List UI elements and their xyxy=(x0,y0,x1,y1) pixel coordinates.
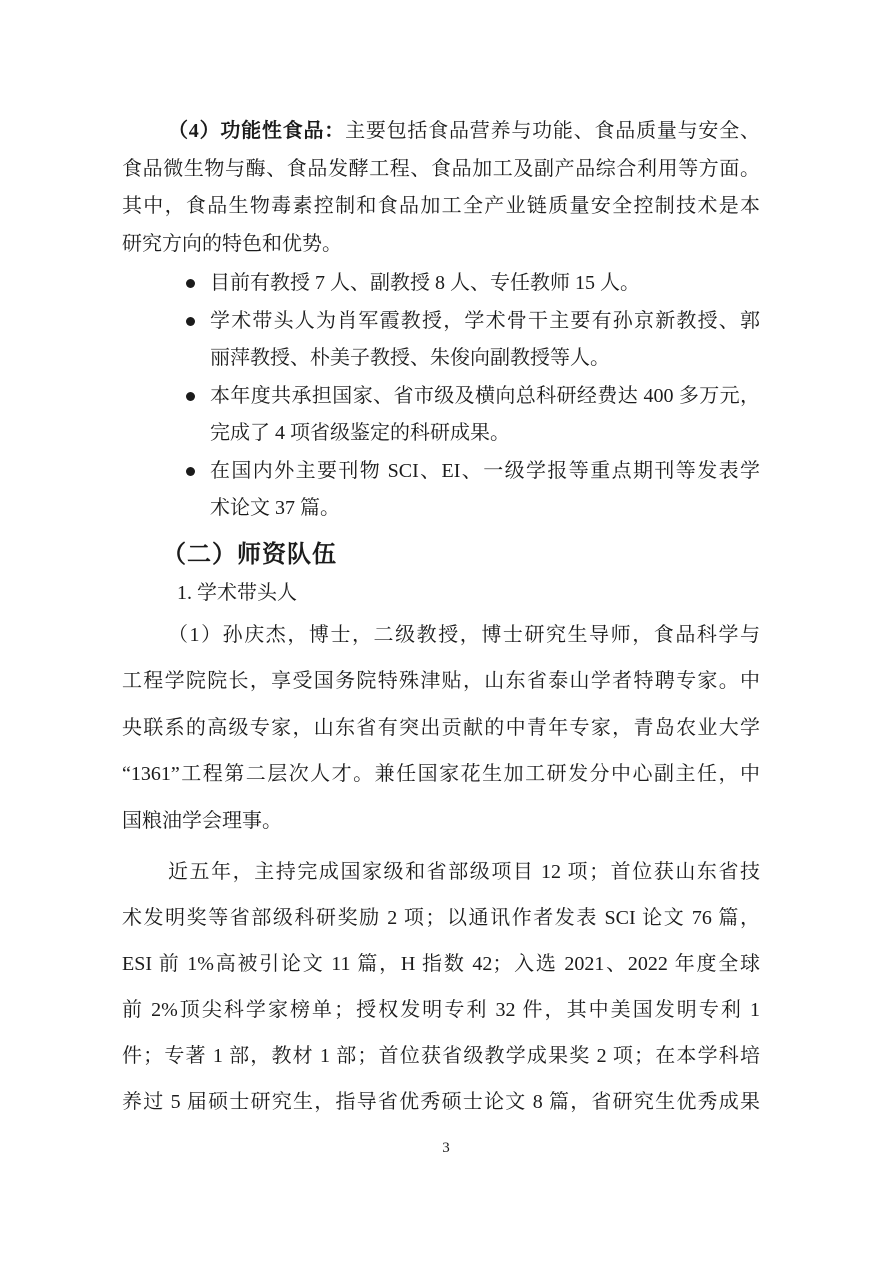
list-item: 学术带头人为肖军霞教授，学术骨干主要有孙京新教授、郭 丽萍教授、朴美子教授、朱俊… xyxy=(122,303,760,378)
list-item-line: 本年度共承担国家、省市级及横向总科研经费达 400 多万元， xyxy=(210,378,760,416)
list-item-line: 完成了 4 项省级鉴定的科研成果。 xyxy=(210,415,760,453)
list-item-line: 学术带头人为肖军霞教授，学术骨干主要有孙京新教授、郭 xyxy=(210,303,760,341)
paragraph-line: 近五年，主持完成国家级和省部级项目 12 项；首位获山东省技 xyxy=(122,849,760,895)
paragraph-line: （4）功能性食品：主要包括食品营养与功能、食品质量与安全、 xyxy=(122,113,760,151)
paragraph-line: 件；专著 1 部，教材 1 部；首位获省级教学成果奖 2 项；在本学科培 xyxy=(122,1033,760,1079)
subsection-title: 1. 学术带头人 xyxy=(177,575,760,612)
paragraph-line: 术发明奖等省部级科研奖励 2 项；以通讯作者发表 SCI 论文 76 篇， xyxy=(122,895,760,941)
list-item: 目前有教授 7 人、副教授 8 人、专任教师 15 人。 xyxy=(122,265,760,303)
paragraph-line: （1）孙庆杰，博士，二级教授，博士研究生导师，食品科学与 xyxy=(122,612,760,659)
list-item-line: 在国内外主要刊物 SCI、EI、一级学报等重点期刊等发表学 xyxy=(210,453,760,491)
paragraph-line: 研究方向的特色和优势。 xyxy=(122,226,760,264)
paragraph-line-text: 主要包括食品营养与功能、食品质量与安全、 xyxy=(345,120,760,142)
list-item-line: 目前有教授 7 人、副教授 8 人、专任教师 15 人。 xyxy=(210,265,760,303)
paragraph-line: 前 2%顶尖科学家榜单；授权发明专利 32 件，其中美国发明专利 1 xyxy=(122,987,760,1033)
bullet-icon xyxy=(186,392,195,401)
paragraph-line: 国粮油学会理事。 xyxy=(122,798,760,845)
paragraph-line: 工程学院院长，享受国务院特殊津贴，山东省泰山学者特聘专家。中 xyxy=(122,658,760,705)
paragraph-line: 央联系的高级专家，山东省有突出贡献的中青年专家，青岛农业大学 xyxy=(122,705,760,752)
bold-lead-text: （4）功能性食品： xyxy=(168,120,345,142)
document-page: （4）功能性食品：主要包括食品营养与功能、食品质量与安全、 食品微生物与酶、食品… xyxy=(0,0,892,1261)
paragraph-line: 食品微生物与酶、食品发酵工程、食品加工及副产品综合利用等方面。 xyxy=(122,151,760,189)
paragraph-line: ESI 前 1%高被引论文 11 篇，H 指数 42；入选 2021、2022 … xyxy=(122,941,760,987)
page-content: （4）功能性食品：主要包括食品营养与功能、食品质量与安全、 食品微生物与酶、食品… xyxy=(122,113,760,1125)
paragraph-line: 养过 5 届硕士研究生，指导省优秀硕士论文 8 篇，省研究生优秀成果 xyxy=(122,1079,760,1125)
bullet-icon xyxy=(186,467,195,476)
list-item: 本年度共承担国家、省市级及横向总科研经费达 400 多万元， 完成了 4 项省级… xyxy=(122,378,760,453)
bullet-icon xyxy=(186,279,195,288)
page-number: 3 xyxy=(0,1140,892,1157)
paragraph-functional-food: （4）功能性食品：主要包括食品营养与功能、食品质量与安全、 食品微生物与酶、食品… xyxy=(122,113,760,263)
bullet-list: 目前有教授 7 人、副教授 8 人、专任教师 15 人。 学术带头人为肖军霞教授… xyxy=(122,265,760,528)
section-heading: （二）师资队伍 xyxy=(162,535,760,575)
list-item: 在国内外主要刊物 SCI、EI、一级学报等重点期刊等发表学 术论文 37 篇。 xyxy=(122,453,760,528)
paragraph-line: “1361”工程第二层次人才。兼任国家花生加工研发分中心副主任，中 xyxy=(122,751,760,798)
paragraph-recent-achievements: 近五年，主持完成国家级和省部级项目 12 项；首位获山东省技 术发明奖等省部级科… xyxy=(122,849,760,1125)
paragraph-leader-profile: （1）孙庆杰，博士，二级教授，博士研究生导师，食品科学与 工程学院院长，享受国务… xyxy=(122,612,760,845)
bullet-icon xyxy=(186,317,195,326)
list-item-line: 术论文 37 篇。 xyxy=(210,490,760,528)
list-item-line: 丽萍教授、朴美子教授、朱俊向副教授等人。 xyxy=(210,340,760,378)
paragraph-line: 其中，食品生物毒素控制和食品加工全产业链质量安全控制技术是本 xyxy=(122,188,760,226)
